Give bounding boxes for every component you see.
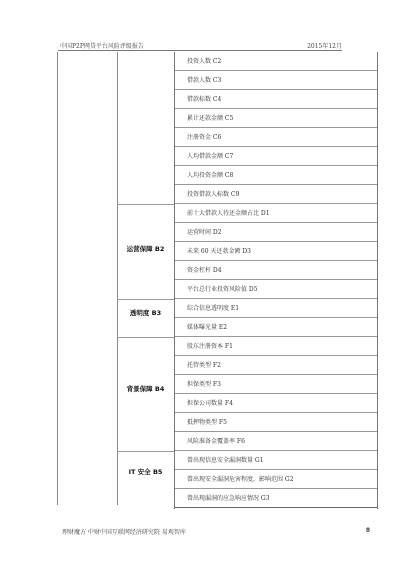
table-row: 托管类型 F2 [174,356,378,375]
table-row: 借款人数 C3 [174,71,378,90]
table-row: 注册资金 C6 [174,128,378,147]
group-separator [117,299,174,300]
column-line-a [57,52,58,505]
table-row: 投资借款人标数 C9 [174,185,378,204]
table-row: 运营时间 D2 [174,223,378,242]
table-row: 投资人数 C2 [174,52,378,71]
page-footer: 理财魔方 中财中国互联网经济研究院 易观智库 8 [62,527,376,536]
group-separator [117,451,174,452]
table-row: 曾出现漏洞的应急响应情况 G3 [174,489,378,508]
table-row: 借款标数 C4 [174,90,378,109]
table-row: 风险准备金覆盖率 F6 [174,432,378,451]
table-row: 担保公司数量 F4 [174,394,378,413]
group-label-transparency: 透明度 B3 [117,308,174,317]
table-row: 平台总行业投资风险值 D5 [174,280,378,299]
table-row: 担保类型 F3 [174,375,378,394]
group-separator [117,204,174,205]
table-row: 曾出现安全漏洞危害程度，影响范围 G2 [174,470,378,489]
table-row: 曾出现信息安全漏洞数量 G1 [174,451,378,470]
group-label-background: 背景保障 B4 [117,384,174,393]
table-row: 抵押物类型 F5 [174,413,378,432]
group-label-operations: 运营保障 B2 [117,244,174,253]
group-label-it-security: IT 安全 B5 [117,467,174,476]
page-header: 中国P2P网贷平台风险评级报告 2015年12月 [58,39,342,51]
table-row: 前十大借款人待还金额占比 D1 [174,204,378,223]
table-row: 资金杠杆 D4 [174,261,378,280]
column-line-b [117,52,118,505]
table-row: 人均借款金额 C7 [174,147,378,166]
page-number: 8 [366,527,370,534]
footer-credits: 理财魔方 中财中国互联网经济研究院 易观智库 [62,529,186,536]
report-date: 2015年12月 [307,41,342,50]
table-row: 媒体曝光量 E2 [174,318,378,337]
indicator-table: 投资人数 C2 借款人数 C3 借款标数 C4 累计还款金额 C5 注册资金 C… [174,52,378,508]
table-row: 股东注册资本 F1 [174,337,378,356]
table-row: 未来 60 天还款金额 D3 [174,242,378,261]
table-row: 累计还款金额 C5 [174,109,378,128]
group-separator [117,337,174,338]
report-title: 中国P2P网贷平台风险评级报告 [60,41,144,50]
table-row: 综合信息透明度 E1 [174,299,378,318]
table-row: 人均投资金额 C8 [174,166,378,185]
